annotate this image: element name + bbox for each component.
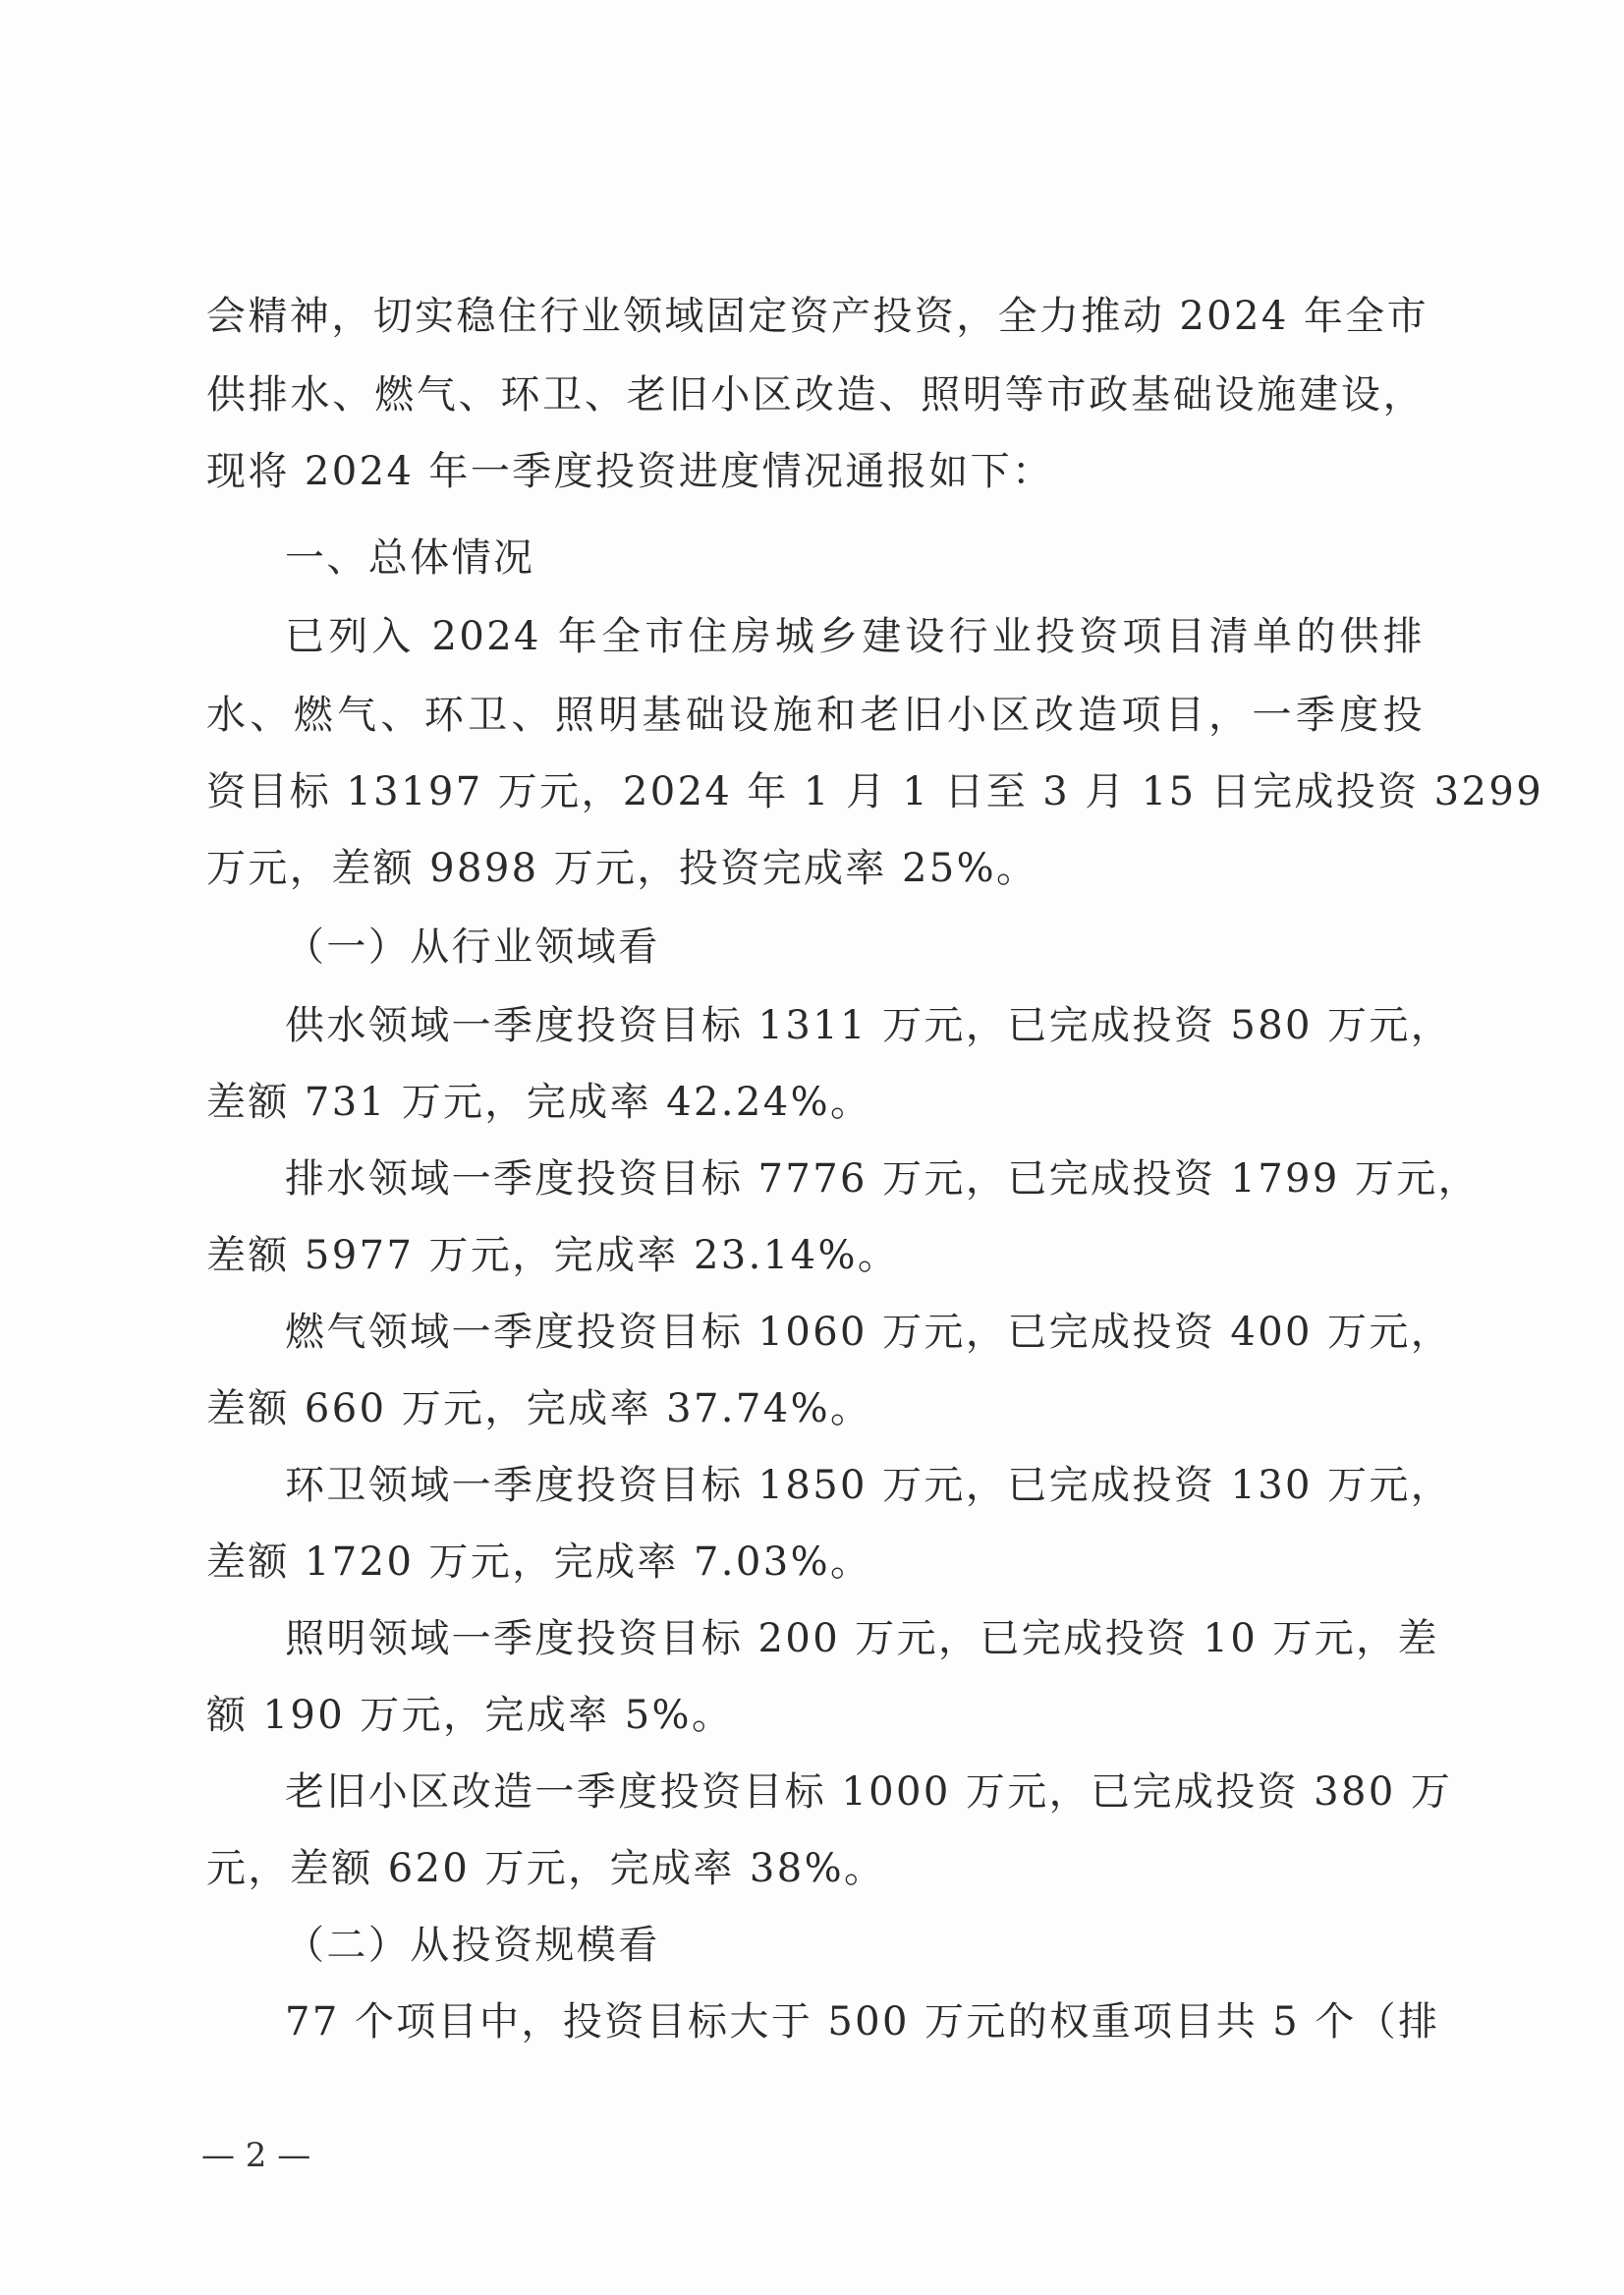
subsection-heading: （一）从行业领域看 bbox=[285, 920, 1503, 975]
paragraph-line: 元，差额 620 万元，完成率 38%。 bbox=[206, 1841, 1425, 1896]
body-line: 万元，差额 9898 万元，投资完成率 25%。 bbox=[206, 841, 1425, 896]
paragraph-line: 77 个项目中，投资目标大于 500 万元的权重项目共 5 个（排 bbox=[285, 1994, 1425, 2049]
body-line: 现将 2024 年一季度投资进度情况通报如下： bbox=[206, 444, 1425, 499]
paragraph-line: 差额 5977 万元，完成率 23.14%。 bbox=[206, 1228, 1425, 1283]
section-heading: 一、总体情况 bbox=[285, 531, 1503, 586]
body-line: 供排水、燃气、环卫、老旧小区改造、照明等市政基础设施建设， bbox=[206, 367, 1425, 422]
body-line: 会精神，切实稳住行业领域固定资产投资，全力推动 2024 年全市 bbox=[206, 289, 1425, 344]
subsection-heading: （二）从投资规模看 bbox=[285, 1918, 1503, 1973]
paragraph-line: 差额 1720 万元，完成率 7.03%。 bbox=[206, 1535, 1425, 1590]
paragraph-line: 老旧小区改造一季度投资目标 1000 万元，已完成投资 380 万 bbox=[285, 1764, 1425, 1819]
paragraph-line: 照明领域一季度投资目标 200 万元，已完成投资 10 万元，差 bbox=[285, 1611, 1425, 1666]
document-page: 会精神，切实稳住行业领域固定资产投资，全力推动 2024 年全市 供排水、燃气、… bbox=[0, 0, 1624, 2295]
paragraph-line: 排水领域一季度投资目标 7776 万元，已完成投资 1799 万元， bbox=[285, 1151, 1425, 1206]
body-line: 已列入 2024 年全市住房城乡建设行业投资项目清单的供排 bbox=[285, 609, 1425, 664]
page-number: — 2 — bbox=[201, 2136, 310, 2175]
paragraph-line: 环卫领域一季度投资目标 1850 万元，已完成投资 130 万元， bbox=[285, 1458, 1425, 1513]
body-line: 水、燃气、环卫、照明基础设施和老旧小区改造项目，一季度投 bbox=[206, 688, 1425, 743]
paragraph-line: 差额 731 万元，完成率 42.24%。 bbox=[206, 1075, 1425, 1130]
paragraph-line: 差额 660 万元，完成率 37.74%。 bbox=[206, 1381, 1425, 1436]
paragraph-line: 额 190 万元，完成率 5%。 bbox=[206, 1688, 1425, 1743]
paragraph-line: 燃气领域一季度投资目标 1060 万元，已完成投资 400 万元， bbox=[285, 1305, 1425, 1360]
body-line: 资目标 13197 万元，2024 年 1 月 1 日至 3 月 15 日完成投… bbox=[206, 764, 1425, 819]
paragraph-line: 供水领域一季度投资目标 1311 万元，已完成投资 580 万元， bbox=[285, 998, 1425, 1053]
